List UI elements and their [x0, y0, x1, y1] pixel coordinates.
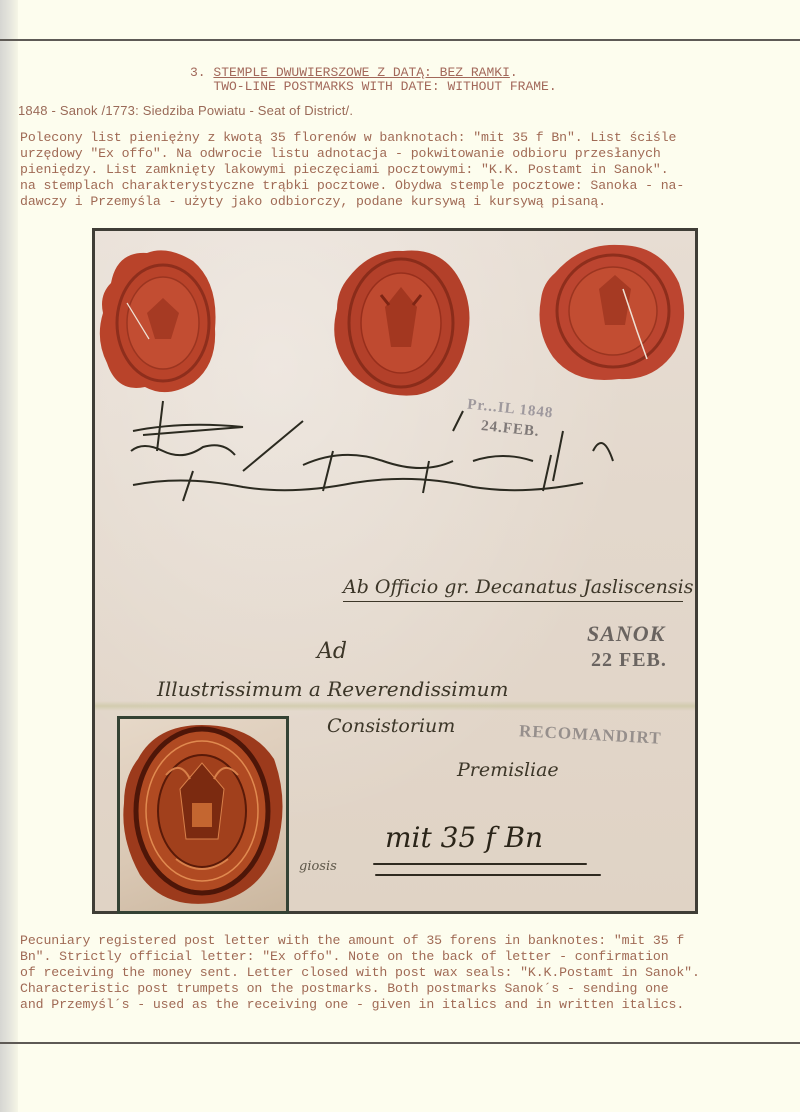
- description-line: of receiving the money sent. Letter clos…: [20, 965, 700, 981]
- description-line: urzędowy "Ex offo". Na odwrocie listu ad…: [20, 146, 684, 162]
- address-office-line: Ab Officio gr. Decanatus Jasliscensis: [343, 576, 693, 598]
- wax-seal-center-icon: [331, 247, 473, 397]
- heading-number: 3.: [190, 65, 206, 80]
- amount-underline-1: [373, 863, 587, 865]
- description-line: Polecony list pieniężny z kwotą 35 flore…: [20, 130, 684, 146]
- address-underline: [343, 601, 683, 602]
- postmark-recommandirt: RECOMANDIRT: [519, 721, 662, 748]
- wax-seal-right-icon: [535, 239, 687, 385]
- section-heading: 3. STEMPLE DWUWIERSZOWE Z DATĄ: BEZ RAMK…: [190, 66, 557, 94]
- description-line: dawczy i Przemyśla - użyty jako odbiorcz…: [20, 194, 684, 210]
- bottom-rule: [0, 1042, 800, 1044]
- subtitle: 1848 - Sanok /1773: Siedziba Powiatu - S…: [18, 103, 353, 118]
- wax-seal-detail-icon: [120, 719, 286, 911]
- handwriting-fragment: giosis: [299, 859, 337, 874]
- heading-polish-title: STEMPLE DWUWIERSZOWE Z DATĄ: BEZ RAMKI: [213, 65, 509, 80]
- description-polish: Polecony list pieniężny z kwotą 35 flore…: [20, 130, 684, 210]
- address-city: Premisliae: [457, 759, 559, 781]
- seal-detail-inset: [117, 716, 289, 914]
- paper-fold: [95, 701, 695, 711]
- description-english: Pecuniary registered post letter with th…: [20, 933, 700, 1013]
- amount-underline-2: [375, 874, 601, 876]
- scan-left-edge: [0, 0, 18, 1112]
- address-ad: Ad: [317, 639, 347, 664]
- description-line: Characteristic post trumpets on the post…: [20, 981, 700, 997]
- wax-seal-left-icon: [97, 243, 221, 395]
- description-line: and Przemyśl´s - used as the receiving o…: [20, 997, 700, 1013]
- postmark-sanok-date: 22 FEB.: [591, 649, 667, 672]
- description-line: Bn". Strictly official letter: "Ex offo"…: [20, 949, 700, 965]
- address-consistorium: Consistorium: [327, 715, 455, 737]
- top-rule: [0, 39, 800, 41]
- postmark-sanok-name: SANOK: [587, 621, 665, 647]
- heading-english-title: TWO-LINE POSTMARKS WITH DATE: WITHOUT FR…: [213, 79, 556, 94]
- address-recipient-title: Illustrissimum a Reverendissimum: [157, 677, 508, 701]
- letter-cover-image: Pr...IL 1848 24.FEB. Ab Officio gr. Deca…: [92, 228, 698, 914]
- heading-period: .: [510, 65, 518, 80]
- description-line: pieniędzy. List zamknięty lakowymi piecz…: [20, 162, 684, 178]
- description-line: Pecuniary registered post letter with th…: [20, 933, 700, 949]
- amount-notation: mit 35 f Bn: [385, 821, 543, 854]
- description-line: na stemplach charakterystyczne trąbki po…: [20, 178, 684, 194]
